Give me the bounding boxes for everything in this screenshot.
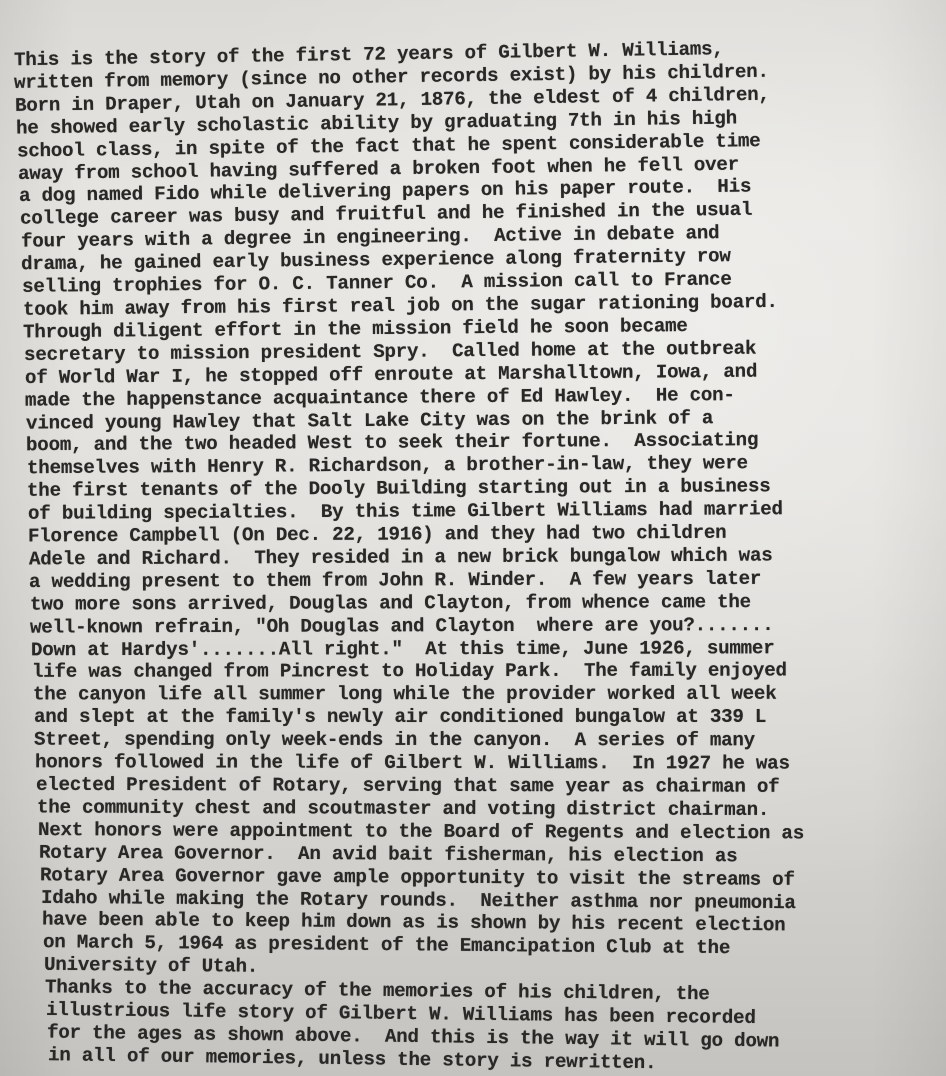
typewritten-page: This is the story of the first 72 years … (12, 42, 942, 1073)
text-line: two more sons arrived, Douglas and Clayt… (30, 590, 942, 616)
text-line: the canyon life all summer long while th… (33, 683, 942, 707)
text-line: life was changed from Pincrest to Holida… (32, 660, 942, 684)
text-line: well-known refrain, "Oh Douglas and Clay… (30, 613, 942, 639)
text-line: a wedding present to them from John R. W… (29, 567, 942, 594)
text-line: the community chest and scoutmaster and … (37, 796, 942, 822)
text-line: honors followed in the life of Gilbert W… (35, 751, 942, 775)
text-line: Down at Hardys'.......All right." At thi… (31, 636, 942, 661)
text-line: elected President of Rotary, serving tha… (36, 774, 942, 799)
text-line: and slept at the family's newly air cond… (34, 706, 942, 729)
text-line: Street, spending only week-ends in the c… (34, 729, 942, 753)
